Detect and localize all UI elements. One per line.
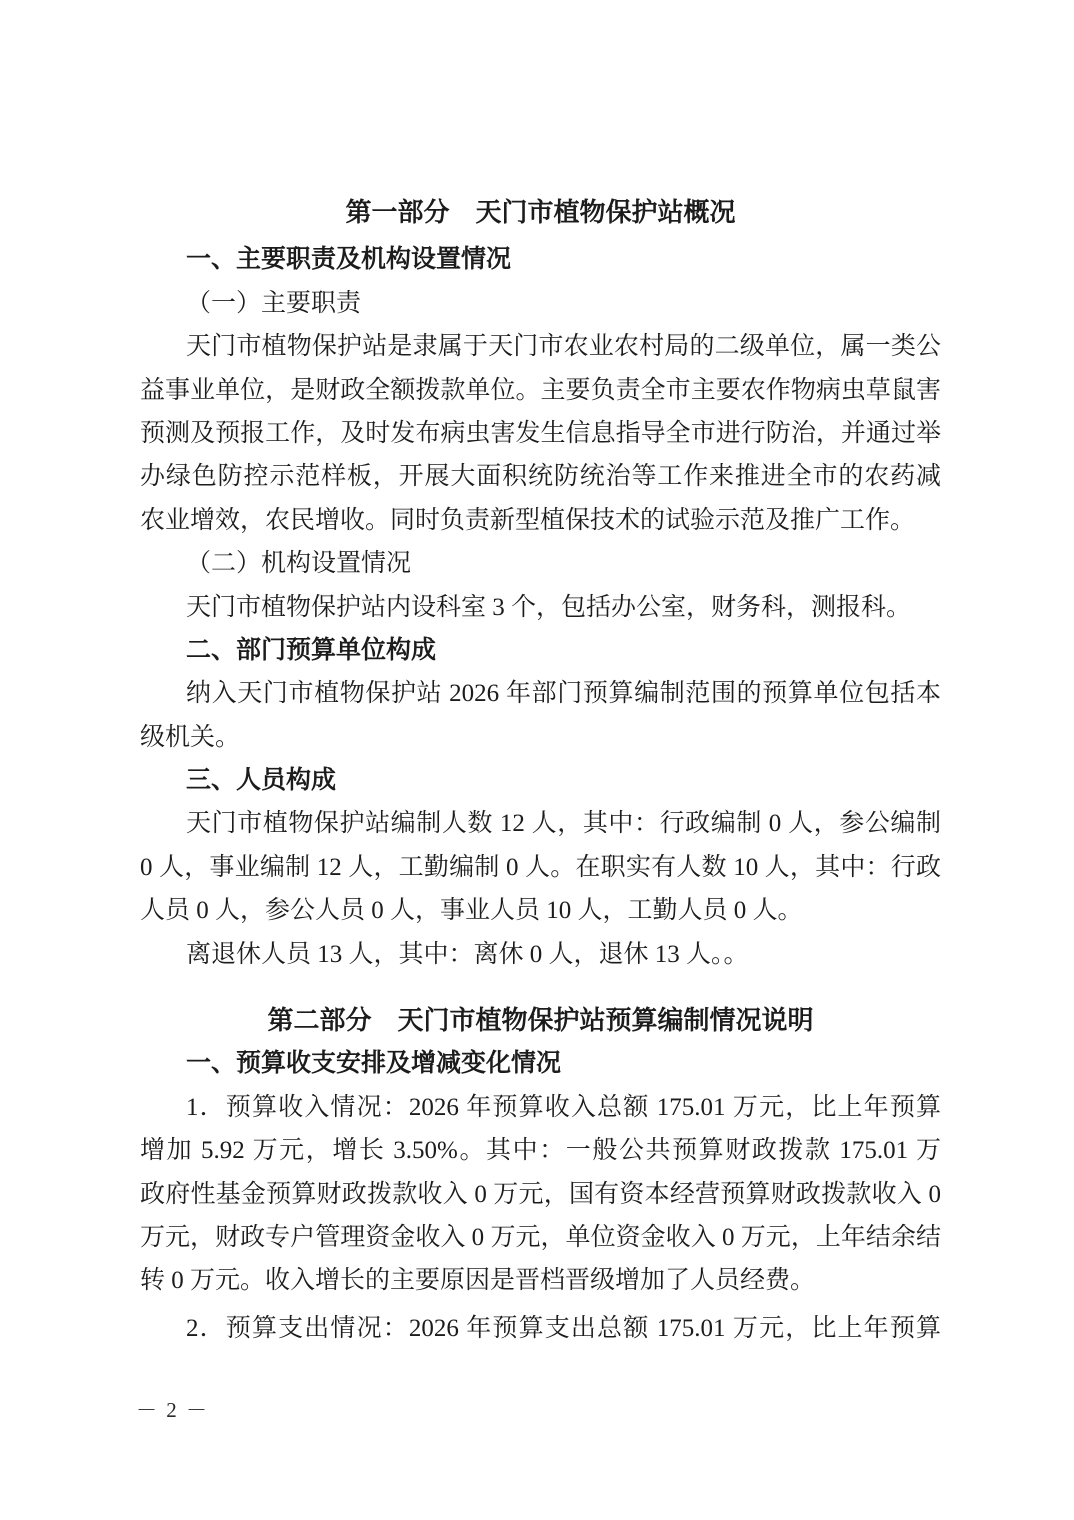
- doc-line: 政府性基金预算财政拨款收入 0 万元，国有资本经营预算财政拨款收入 0: [140, 1173, 941, 1216]
- doc-line: 人员 0 人，参公人员 0 人，事业人员 10 人，工勤人员 0 人。: [140, 889, 941, 932]
- heading-budget-units: 二、部门预算单位构成: [140, 629, 941, 672]
- doc-line: 预测及预报工作，及时发布病虫害发生信息指导全市进行防治，并通过举: [140, 412, 941, 455]
- doc-line: 0 人，事业编制 12 人，工勤编制 0 人。在职实有人数 10 人，其中：行政: [140, 846, 941, 889]
- doc-line: 万元，财政专户管理资金收入 0 万元，单位资金收入 0 万元，上年结余结: [140, 1216, 941, 1259]
- heading-duties-and-setup: 一、主要职责及机构设置情况: [140, 238, 941, 281]
- subheading-main-duties: （一）主要职责: [140, 282, 941, 325]
- doc-line: 离退休人员 13 人，其中：离休 0 人，退休 13 人。。: [140, 933, 941, 976]
- part2-title: 第二部分 天门市植物保护站预算编制情况说明: [140, 999, 941, 1042]
- doc-line: 天门市植物保护站内设科室 3 个，包括办公室，财务科，测报科。: [140, 586, 941, 629]
- doc-line: 办绿色防控示范样板，开展大面积统防统治等工作来推进全市的农药减量，: [140, 455, 941, 498]
- doc-line: 级机关。: [140, 716, 941, 759]
- page-number: － 2 －: [136, 1396, 209, 1424]
- doc-line: 天门市植物保护站是隶属于天门市农业农村局的二级单位，属一类公: [140, 325, 941, 368]
- doc-line: 1．预算收入情况：2026 年预算收入总额 175.01 万元，比上年预算: [140, 1086, 941, 1129]
- doc-line: 纳入天门市植物保护站 2026 年部门预算编制范围的预算单位包括本: [140, 672, 941, 715]
- document-content: 第一部分 天门市植物保护站概况 一、主要职责及机构设置情况 （一）主要职责 天门…: [140, 0, 941, 1350]
- doc-line: 增加 5.92 万元，增长 3.50%。其中：一般公共预算财政拨款 175.01…: [140, 1129, 941, 1172]
- doc-line: 转 0 万元。收入增长的主要原因是晋档晋级增加了人员经费。: [140, 1259, 941, 1302]
- doc-line: 2．预算支出情况：2026 年预算支出总额 175.01 万元，比上年预算: [140, 1307, 941, 1350]
- heading-budget-changes: 一、预算收支安排及增减变化情况: [140, 1042, 941, 1085]
- doc-line: 农业增效，农民增收。同时负责新型植保技术的试验示范及推广工作。: [140, 499, 941, 542]
- doc-line: 益事业单位，是财政全额拨款单位。主要负责全市主要农作物病虫草鼠害: [140, 369, 941, 412]
- doc-line: 天门市植物保护站编制人数 12 人，其中：行政编制 0 人，参公编制: [140, 802, 941, 845]
- document-page: 第一部分 天门市植物保护站概况 一、主要职责及机构设置情况 （一）主要职责 天门…: [0, 0, 1074, 1520]
- part1-title: 第一部分 天门市植物保护站概况: [140, 191, 941, 234]
- subheading-org-setup: （二）机构设置情况: [140, 542, 941, 585]
- heading-personnel: 三、人员构成: [140, 759, 941, 802]
